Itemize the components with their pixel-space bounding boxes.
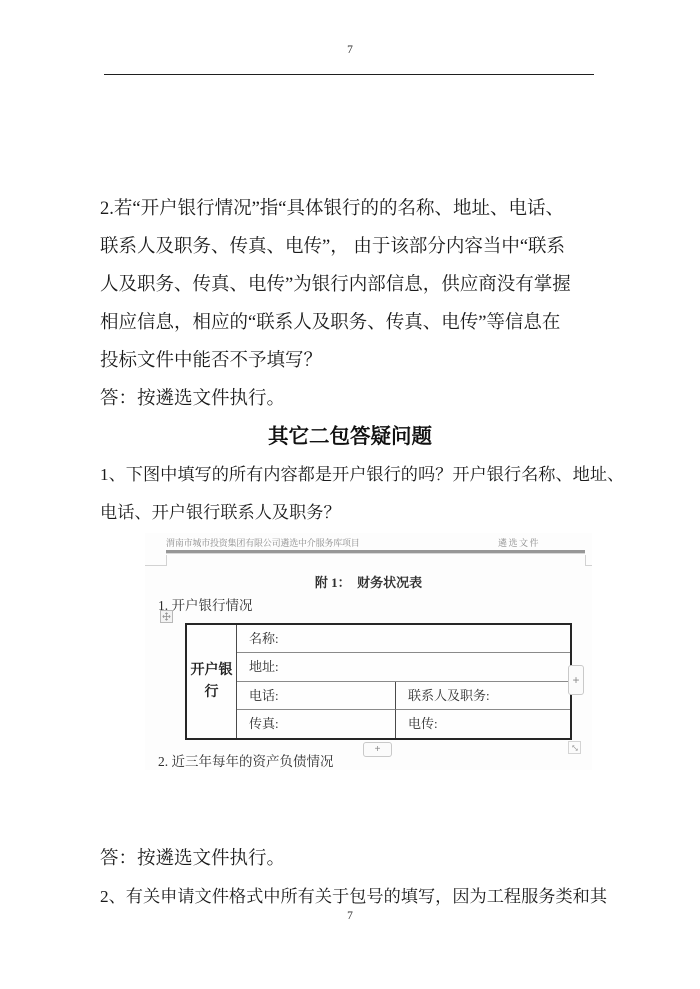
table-cell-address: 地址: [237,653,570,682]
figure-caption: 附 1： 财务状况表 [145,572,592,591]
insert-row-button: + [363,742,392,757]
table-move-handle [160,610,173,623]
table-resize-handle [568,741,581,754]
answer-line: 答：按遴选文件执行。 [100,380,605,418]
paragraph-line: 人及职务、传真、电传”为银行内部信息，供应商没有掌握 [100,266,605,304]
insert-column-button: + [568,665,584,695]
figure-doc-header-left: 渭南市城市投资集团有限公司遴选中介服务库项目 [166,536,360,549]
table-cell-name: 名称: [237,625,570,653]
figure-margin-corner-left [145,565,166,566]
figure-margin-corner-left [166,555,167,566]
embedded-table-screenshot[interactable]: 渭南市城市投资集团有限公司遴选中介服务库项目 遴选文件 附 1： 财务状况表 1… [145,533,592,770]
question1-line: 电话、开户银行联系人及职务？ [100,494,605,532]
paragraph-line: 2.若“开户银行情况”指“具体银行的的名称、地址、电话、 [100,190,605,228]
table-cell-phone: 电话: [237,682,396,710]
resize-icon [571,739,579,757]
table-cell-telex: 电传: [396,710,570,738]
table-cell-fax: 传真: [237,710,396,738]
footer-page-number: 7 [0,910,700,922]
paragraph-line: 联系人及职务、传真、电传”， 由于该部分内容当中“联系 [100,228,605,266]
bank-info-table: 开户银行 名称: 地址: 电话: 联系人及职务: 传真: 电传: [185,623,572,740]
header-page-number: 7 [0,44,700,56]
document-page: 7 2.若“开户银行情况”指“具体银行的的名称、地址、电话、 联系人及职务、传真… [0,0,700,989]
table-row-header-label: 开户银行 [190,660,234,704]
figure-item2-label: 2. 近三年每年的资产负债情况 [158,750,334,770]
paragraph-line: 投标文件中能否不予填写？ [100,342,605,380]
move-icon [162,608,171,626]
figure-header-rule [166,550,585,554]
header-rule [104,74,594,75]
paragraph-line: 相应信息，相应的“联系人及职务、传真、电传”等信息在 [100,304,605,342]
figure-doc-header-right: 遴选文件 [498,536,540,549]
table-row-header-cell: 开户银行 [187,625,237,738]
answer-line: 答：按遴选文件执行。 [100,840,605,878]
figure-margin-corner-right [585,565,592,566]
table-cell-contact: 联系人及职务: [396,682,570,710]
question1-line: 1、下图中填写的所有内容都是开户银行的吗？开户银行名称、地址、 [100,456,605,494]
section-heading: 其它二包答疑问题 [0,418,700,456]
